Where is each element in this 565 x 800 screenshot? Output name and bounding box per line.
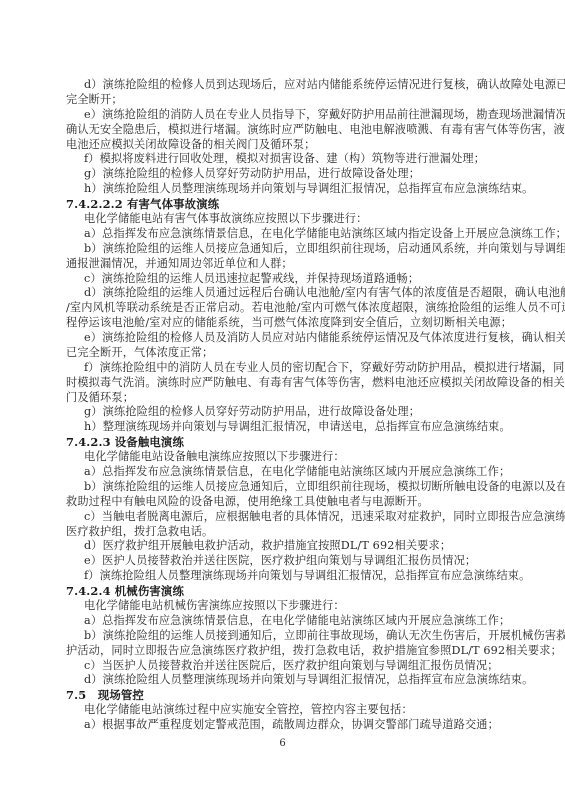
text-line: a）根据事故严重程度划定警戒范围，疏散周边群众，协调交警部门疏导道路交通； bbox=[84, 718, 504, 732]
text-line: c）演练抢险组的运维人员迅速拉起警戒线，并保持现场道路通畅； bbox=[84, 272, 504, 286]
text-line: b）演练抢险组的运维人员接到通知后，立即前往事故现场，确认无次生伤害后，开展机械… bbox=[84, 629, 504, 643]
text-line: c）当医护人员接替救治并送往医院后，医疗救护组向策划与导调组汇报伤员情况； bbox=[84, 659, 504, 673]
document-page: d）演练抢险组的检修人员到达现场后，应对站内储能系统停运情况进行复核，确认故障处… bbox=[0, 0, 565, 800]
text-line: g）演练抢险组的检修人员穿好劳动防护用品，进行故障设备处理； bbox=[84, 167, 504, 181]
text-line: 电化学储能电站演练过程中应实施安全管控，管控内容主要包括： bbox=[84, 703, 504, 717]
text-line: 电化学储能电站有害气体事故演练应按照以下步骤进行： bbox=[84, 212, 504, 226]
text-line: 已完全断开，气体浓度正常； bbox=[66, 346, 504, 360]
text-line: a）总指挥发布应急演练情景信息，在电化学储能电站演练区域内指定设备上开展应急演练… bbox=[84, 227, 504, 241]
text-line: 电池还应模拟关闭故障设备的相关阀门及循环泵； bbox=[66, 138, 504, 152]
text-line: d）演练抢险组的检修人员到达现场后，应对站内储能系统停运情况进行复核，确认故障处… bbox=[84, 78, 504, 92]
text-line: 电化学储能电站机械伤害演练应按照以下步骤进行： bbox=[84, 599, 504, 613]
text-line: 护活动，同时立即报告应急演练医疗救护组，拨打急救电话，救护措施宜参照DL/T 6… bbox=[66, 644, 504, 658]
text-line: 时模拟毒气洗消。演练时应严防触电、有毒有害气体等伤害，燃料电池还应模拟关闭故障设… bbox=[66, 376, 504, 390]
text-line: 门及循环泵； bbox=[66, 391, 504, 405]
text-line: 救助过程中有触电风险的设备电源，使用绝缘工具使触电者与电源断开。 bbox=[66, 495, 504, 509]
text-line: d）医疗救护组开展触电救护活动，救护措施宜按照DL/T 692相关要求； bbox=[84, 539, 504, 553]
text-line: 完全断开； bbox=[66, 93, 504, 107]
text-line: e）演练抢险组的消防人员在专业人员指导下，穿戴好防护用品前往泄漏现场，勘查现场泄… bbox=[84, 108, 504, 122]
section-heading: 7.4.2.2.2 有害气体事故演练 bbox=[66, 197, 504, 211]
text-line: a）总指挥发布应急演练情景信息，在电化学储能电站演练区域内开展应急演练工作； bbox=[84, 614, 504, 628]
text-line: g）演练抢险组的检修人员穿好劳动防护用品，进行故障设备处理； bbox=[84, 405, 504, 419]
text-line: b）演练抢险组的运维人员接应急通知后，立即组织前往现场，启动通风系统，并向策划与… bbox=[84, 242, 504, 256]
text-line: a）总指挥发布应急演练情景信息，在电化学储能电站演练区域内开展应急演练工作； bbox=[84, 465, 504, 479]
text-line: d）演练抢险组的运维人员通过远程后台确认电池舱/室内有害气体的浓度值是否超限，确… bbox=[84, 286, 504, 300]
text-line: f）模拟将废料进行回收处理，模拟对损害设备、建（构）筑物等进行泄漏处理； bbox=[84, 152, 504, 166]
text-line: f）演练抢险组人员整理演练现场并向策划与导调组汇报情况，总指挥宣布应急演练结束。 bbox=[84, 569, 504, 583]
text-line: c）当触电者脱离电源后，应根据触电者的具体情况，迅速采取对症救护，同时立即报告应… bbox=[84, 510, 504, 524]
text-line: d）演练抢险组人员整理演练现场并向策划与导调组汇报情况，总指挥宣布应急演练结束。 bbox=[84, 673, 504, 687]
text-line: 确认无安全隐患后，模拟进行堵漏。演练时应严防触电、电池电解液喷溅、有毒有害气体等… bbox=[66, 123, 504, 137]
section-heading: 7.4.2.3 设备触电演练 bbox=[66, 435, 504, 449]
section-heading: 7.4.2.4 机械伤害演练 bbox=[66, 584, 504, 598]
section-heading: 7.5 现场管控 bbox=[66, 688, 504, 702]
text-line: 电化学储能电站设备触电演练应按照以下步骤进行： bbox=[84, 450, 504, 464]
text-line: e）医护人员接替救治并送往医院，医疗救护组向策划与导调组汇报伤员情况； bbox=[84, 554, 504, 568]
text-line: b）演练抢险组的运维人员接应急通知后，立即组织前往现场，模拟切断所触电设备的电源… bbox=[84, 480, 504, 494]
text-line: h）演练抢险组人员整理演练现场并向策划与导调组汇报情况，总指挥宣布应急演练结束。 bbox=[84, 182, 504, 196]
text-line: 医疗救护组，拨打急救电话。 bbox=[66, 525, 504, 539]
text-line: e）演练抢险组的检修人员及消防人员应对站内储能系统停运情况及气体浓度进行复核，确… bbox=[84, 331, 504, 345]
text-line: f）演练抢险组中的消防人员在专业人员的密切配合下，穿戴好劳动防护用品，模拟进行堵… bbox=[84, 361, 504, 375]
text-line: 通报泄漏情况，并通知周边邻近单位和人群； bbox=[66, 257, 504, 271]
page-number: 6 bbox=[0, 738, 565, 749]
text-line: /室内风机等联动系统是否正常启动。若电池舱/室内可燃气体浓度超限，演练抢险组的运… bbox=[66, 301, 504, 315]
text-line: 程停运该电池舱/室对应的储能系统，当可燃气体浓度降到安全值后，立刻切断相关电源； bbox=[66, 316, 504, 330]
text-line: h）整理演练现场并向策划与导调组汇报情况，申请送电，总指挥宣布应急演练结束。 bbox=[84, 420, 504, 434]
